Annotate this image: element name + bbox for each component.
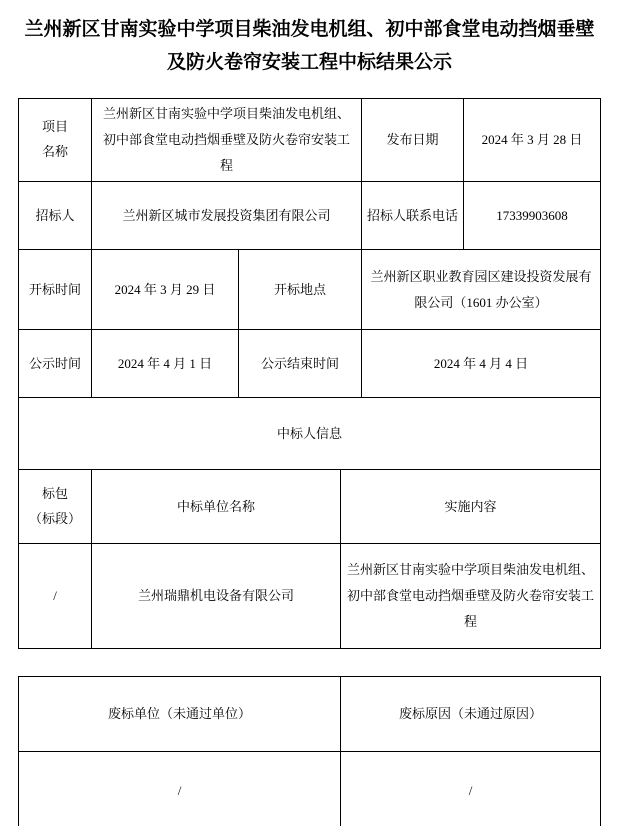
project-name-label-cell: 项目 名称	[19, 99, 92, 182]
project-name-cell: 兰州新区甘南实验中学项目柴油发电机组、初中部食堂电动挡烟垂壁及防火卷帘安装工程	[92, 99, 362, 182]
publish-date-cell: 2024 年 3 月 28 日	[464, 99, 601, 182]
page-title-line1: 兰州新区甘南实验中学项目柴油发电机组、初中部食堂电动挡烟垂壁	[12, 13, 607, 46]
content-header-cell: 实施内容	[341, 470, 601, 544]
table-row: 开标时间 2024 年 3 月 29 日 开标地点 兰州新区职业教育园区建设投资…	[19, 250, 601, 330]
bid-opening-place-label-cell: 开标地点	[239, 250, 362, 330]
section-label-line2: （标段）	[24, 507, 86, 532]
table-row: 中标人信息	[19, 398, 601, 470]
announcement-page: 兰州新区甘南实验中学项目柴油发电机组、初中部食堂电动挡烟垂壁 及防火卷帘安装工程…	[0, 0, 619, 826]
bid-opening-place-cell: 兰州新区职业教育园区建设投资发展有限公司（1601 办公室）	[362, 250, 601, 330]
table-row: 招标人 兰州新区城市发展投资集团有限公司 招标人联系电话 17339903608	[19, 182, 601, 250]
tenderee-phone-label-cell: 招标人联系电话	[362, 182, 464, 250]
bid-result-table: 项目 名称 兰州新区甘南实验中学项目柴油发电机组、初中部食堂电动挡烟垂壁及防火卷…	[18, 98, 601, 649]
section-label-cell: 标包 （标段）	[19, 470, 92, 544]
winner-name-header-cell: 中标单位名称	[92, 470, 341, 544]
rejected-unit-value-cell: /	[19, 752, 341, 826]
page-title-line2: 及防火卷帘安装工程中标结果公示	[12, 46, 607, 79]
rejected-reason-header-cell: 废标原因（未通过原因）	[341, 677, 601, 752]
table-row: 废标单位（未通过单位） 废标原因（未通过原因）	[19, 677, 601, 752]
rejected-reason-value-cell: /	[341, 752, 601, 826]
table-row: 项目 名称 兰州新区甘南实验中学项目柴油发电机组、初中部食堂电动挡烟垂壁及防火卷…	[19, 99, 601, 182]
publicity-end-time-cell: 2024 年 4 月 4 日	[362, 330, 601, 398]
project-name-label-line1: 项目	[24, 115, 86, 140]
publicity-time-cell: 2024 年 4 月 1 日	[92, 330, 239, 398]
rejected-bids-table: 废标单位（未通过单位） 废标原因（未通过原因） / /	[18, 676, 601, 826]
project-name-label-line2: 名称	[24, 140, 86, 165]
publicity-end-label-cell: 公示结束时间	[239, 330, 362, 398]
tenderee-label-cell: 招标人	[19, 182, 92, 250]
publish-date-label-cell: 发布日期	[362, 99, 464, 182]
table-row: / 兰州瑞鼎机电设备有限公司 兰州新区甘南实验中学项目柴油发电机组、初中部食堂电…	[19, 544, 601, 649]
content-value-cell: 兰州新区甘南实验中学项目柴油发电机组、初中部食堂电动挡烟垂壁及防火卷帘安装工程	[341, 544, 601, 649]
tenderee-phone-cell: 17339903608	[464, 182, 601, 250]
table-row: 标包 （标段） 中标单位名称 实施内容	[19, 470, 601, 544]
table-row: 公示时间 2024 年 4 月 1 日 公示结束时间 2024 年 4 月 4 …	[19, 330, 601, 398]
bid-opening-time-cell: 2024 年 3 月 29 日	[92, 250, 239, 330]
winner-info-header-cell: 中标人信息	[19, 398, 601, 470]
winner-name-cell: 兰州瑞鼎机电设备有限公司	[92, 544, 341, 649]
section-label-line1: 标包	[24, 482, 86, 507]
table-row: / /	[19, 752, 601, 826]
rejected-unit-header-cell: 废标单位（未通过单位）	[19, 677, 341, 752]
section-value-cell: /	[19, 544, 92, 649]
page-title: 兰州新区甘南实验中学项目柴油发电机组、初中部食堂电动挡烟垂壁 及防火卷帘安装工程…	[0, 0, 619, 79]
bid-opening-time-label-cell: 开标时间	[19, 250, 92, 330]
tenderee-cell: 兰州新区城市发展投资集团有限公司	[92, 182, 362, 250]
publicity-time-label-cell: 公示时间	[19, 330, 92, 398]
